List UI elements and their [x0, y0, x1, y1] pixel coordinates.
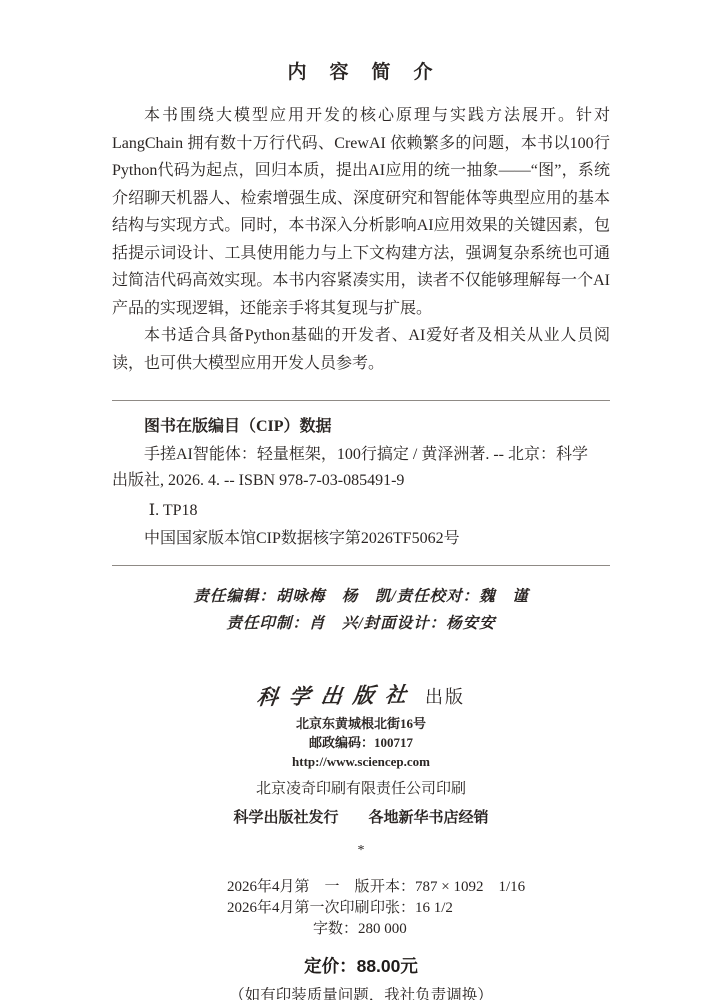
cip-entry-line-2: 出版社, 2026. 4. -- ISBN 978-7-03-085491-9 — [112, 468, 610, 494]
divider-bottom — [112, 565, 610, 566]
imprint-row-edition: 2026年4月第 一 版 开本：787 × 1092 1/16 — [227, 877, 610, 898]
intro-paragraph-2: 本书适合具备Python基础的开发者、AI爱好者及相关从业人员阅读，也可供大模型… — [112, 322, 610, 377]
edition-text: 2026年4月第 一 版 — [227, 877, 370, 898]
distribution-line: 科学出版社发行 各地新华书店经销 — [112, 807, 610, 829]
book-copyright-page: 内 容 简 介 本书围绕大模型应用开发的核心原理与实践方法展开。针对LangCh… — [0, 0, 720, 1000]
credits-print-design-line: 责任印制：肖 兴/封面设计：杨安安 — [112, 610, 610, 637]
cip-class-code: Ⅰ. TP18 — [112, 498, 610, 524]
intro-heading: 内 容 简 介 — [112, 60, 610, 86]
publisher-postcode: 邮政编码：100717 — [112, 733, 610, 752]
printing-text: 2026年4月第一次印刷 — [227, 898, 370, 919]
sheets-text: 印张：16 1/2 — [370, 898, 453, 919]
imprint-row-printing: 2026年4月第一次印刷 印张：16 1/2 — [227, 898, 610, 919]
credits-block: 责任编辑：胡咏梅 杨 凯/责任校对：魏 谨 责任印制：肖 兴/封面设计：杨安安 — [112, 583, 610, 637]
publisher-logo: 科学出版社 — [255, 680, 419, 713]
quality-note: （如有印装质量问题，我社负责调换） — [112, 985, 610, 1000]
publisher-website: http://www.sciencep.com — [112, 752, 610, 771]
publisher-address: 北京东黄城根北街16号 — [112, 714, 610, 733]
intro-body: 本书围绕大模型应用开发的核心原理与实践方法展开。针对LangChain 拥有数十… — [112, 102, 610, 377]
price-line: 定价：88.00元 — [112, 954, 610, 978]
word-count-text: 字数：280 000 — [313, 919, 610, 940]
separator-star: * — [112, 843, 610, 859]
publish-label: 出版 — [425, 687, 465, 707]
credits-editors-line: 责任编辑：胡咏梅 杨 凯/责任校对：魏 谨 — [112, 583, 610, 610]
cip-heading: 图书在版编目（CIP）数据 — [112, 414, 610, 440]
printer-line: 北京凌奇印刷有限责任公司印刷 — [112, 778, 610, 800]
cip-entry-line-1: 手搓AI智能体：轻量框架，100行搞定 / 黄泽洲著. -- 北京：科学 — [112, 442, 610, 468]
publisher-block: 科学出版社 出版 北京东黄城根北街16号 邮政编码：100717 http://… — [112, 681, 610, 859]
cip-record-number: 中国国家版本馆CIP数据核字第2026TF5062号 — [112, 526, 610, 552]
cip-block: 图书在版编目（CIP）数据 手搓AI智能体：轻量框架，100行搞定 / 黄泽洲著… — [112, 414, 610, 552]
publisher-logo-line: 科学出版社 出版 — [112, 681, 610, 714]
divider-top — [112, 400, 610, 401]
intro-paragraph-1: 本书围绕大模型应用开发的核心原理与实践方法展开。针对LangChain 拥有数十… — [112, 102, 610, 322]
imprint-block: 2026年4月第 一 版 开本：787 × 1092 1/16 2026年4月第… — [227, 877, 610, 940]
format-text: 开本：787 × 1092 1/16 — [370, 877, 525, 898]
